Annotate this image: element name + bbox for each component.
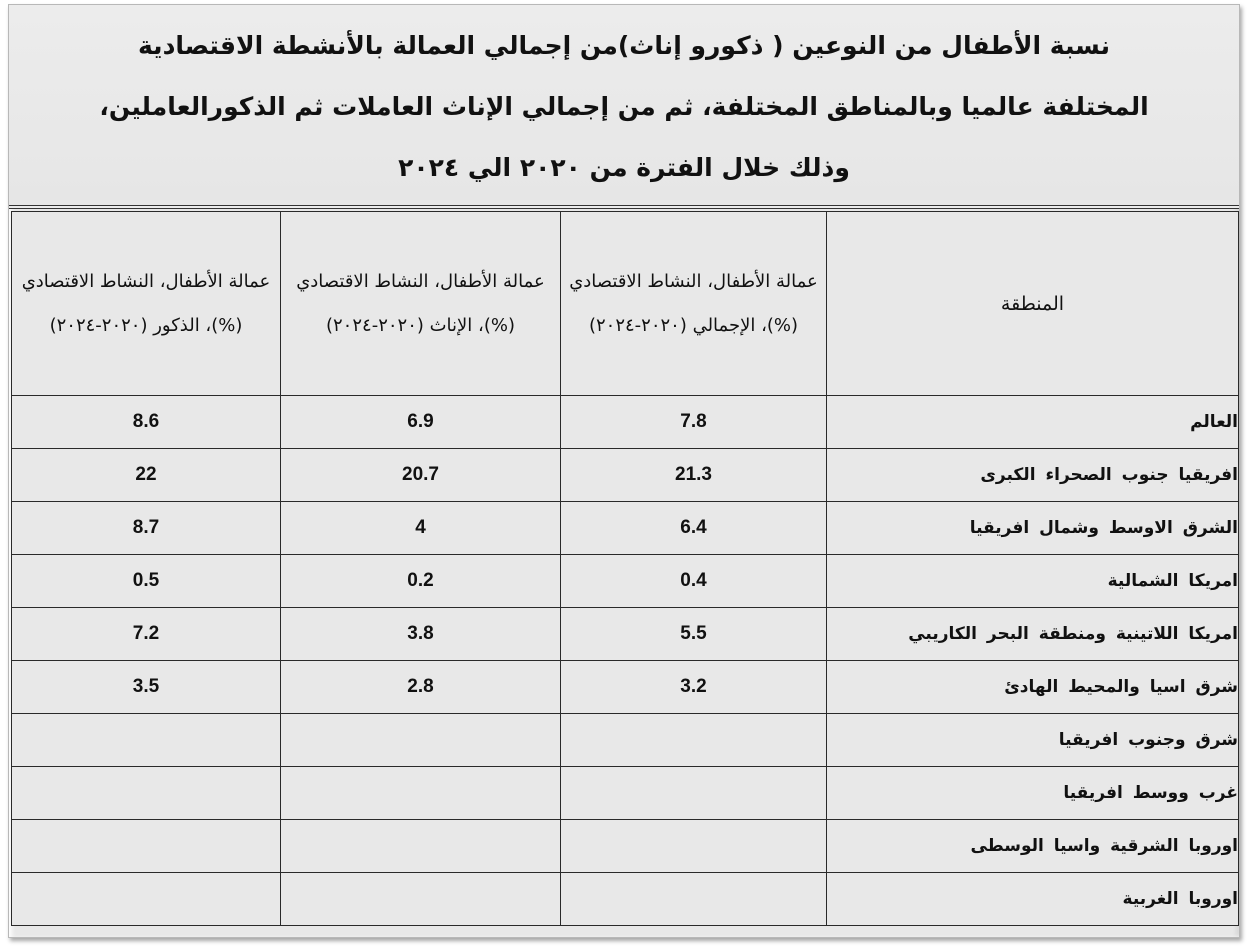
male-cell bbox=[12, 820, 281, 873]
total-cell: 3.2 bbox=[561, 661, 827, 714]
male-cell bbox=[12, 873, 281, 926]
region-cell: العالم bbox=[827, 396, 1239, 449]
region-cell: امريكا اللاتينية ومنطقة البحر الكاريبي bbox=[827, 608, 1239, 661]
table-row: شرق وجنوب افريقيا bbox=[12, 714, 1239, 767]
male-cell: 8.6 bbox=[12, 396, 281, 449]
total-cell: 21.3 bbox=[561, 449, 827, 502]
region-cell: اوروبا الغربية bbox=[827, 873, 1239, 926]
table-row: اوروبا الغربية bbox=[12, 873, 1239, 926]
total-cell bbox=[561, 767, 827, 820]
table-row: شرق اسيا والمحيط الهادئ 3.2 2.8 3.5 bbox=[12, 661, 1239, 714]
female-cell bbox=[281, 767, 561, 820]
table-row: افريقيا جنوب الصحراء الكبرى 21.3 20.7 22 bbox=[12, 449, 1239, 502]
female-cell: 6.9 bbox=[281, 396, 561, 449]
female-cell bbox=[281, 820, 561, 873]
title-box: نسبة الأطفال من النوعين ( ذكورو إناث)من … bbox=[9, 5, 1239, 209]
child-labor-table: المنطقة عمالة الأطفال، النشاط الاقتصادي … bbox=[11, 211, 1239, 926]
region-cell: شرق وجنوب افريقيا bbox=[827, 714, 1239, 767]
female-cell bbox=[281, 714, 561, 767]
header-row: المنطقة عمالة الأطفال، النشاط الاقتصادي … bbox=[12, 212, 1239, 396]
female-cell: 2.8 bbox=[281, 661, 561, 714]
female-cell: 3.8 bbox=[281, 608, 561, 661]
table-row: غرب ووسط افريقيا bbox=[12, 767, 1239, 820]
title-line-2: المختلفة عالميا وبالمناطق المختلفة، ثم م… bbox=[99, 76, 1148, 137]
male-cell: 8.7 bbox=[12, 502, 281, 555]
total-cell: 6.4 bbox=[561, 502, 827, 555]
region-cell: اوروبا الشرقية واسيا الوسطى bbox=[827, 820, 1239, 873]
total-cell bbox=[561, 820, 827, 873]
region-cell: الشرق الاوسط وشمال افريقيا bbox=[827, 502, 1239, 555]
header-total: عمالة الأطفال، النشاط الاقتصادي (%)، الإ… bbox=[561, 212, 827, 396]
header-female: عمالة الأطفال، النشاط الاقتصادي (%)، الإ… bbox=[281, 212, 561, 396]
total-cell: 7.8 bbox=[561, 396, 827, 449]
male-cell: 22 bbox=[12, 449, 281, 502]
total-cell: 5.5 bbox=[561, 608, 827, 661]
table-row: امريكا الشمالية 0.4 0.2 0.5 bbox=[12, 555, 1239, 608]
total-cell bbox=[561, 873, 827, 926]
table-row: العالم 7.8 6.9 8.6 bbox=[12, 396, 1239, 449]
title-line-1: نسبة الأطفال من النوعين ( ذكورو إناث)من … bbox=[138, 15, 1110, 76]
table-row: الشرق الاوسط وشمال افريقيا 6.4 4 8.7 bbox=[12, 502, 1239, 555]
female-cell: 4 bbox=[281, 502, 561, 555]
header-male: عمالة الأطفال، النشاط الاقتصادي (%)، الذ… bbox=[12, 212, 281, 396]
table-row: اوروبا الشرقية واسيا الوسطى bbox=[12, 820, 1239, 873]
table-row: امريكا اللاتينية ومنطقة البحر الكاريبي 5… bbox=[12, 608, 1239, 661]
header-region: المنطقة bbox=[827, 212, 1239, 396]
region-cell: شرق اسيا والمحيط الهادئ bbox=[827, 661, 1239, 714]
region-cell: امريكا الشمالية bbox=[827, 555, 1239, 608]
male-cell bbox=[12, 714, 281, 767]
male-cell: 3.5 bbox=[12, 661, 281, 714]
male-cell: 0.5 bbox=[12, 555, 281, 608]
male-cell bbox=[12, 767, 281, 820]
title-line-3: وذلك خلال الفترة من ٢٠٢٠ الي ٢٠٢٤ bbox=[398, 137, 850, 198]
total-cell: 0.4 bbox=[561, 555, 827, 608]
region-cell: افريقيا جنوب الصحراء الكبرى bbox=[827, 449, 1239, 502]
male-cell: 7.2 bbox=[12, 608, 281, 661]
female-cell bbox=[281, 873, 561, 926]
female-cell: 0.2 bbox=[281, 555, 561, 608]
region-cell: غرب ووسط افريقيا bbox=[827, 767, 1239, 820]
document-frame: نسبة الأطفال من النوعين ( ذكورو إناث)من … bbox=[8, 4, 1240, 938]
total-cell bbox=[561, 714, 827, 767]
female-cell: 20.7 bbox=[281, 449, 561, 502]
